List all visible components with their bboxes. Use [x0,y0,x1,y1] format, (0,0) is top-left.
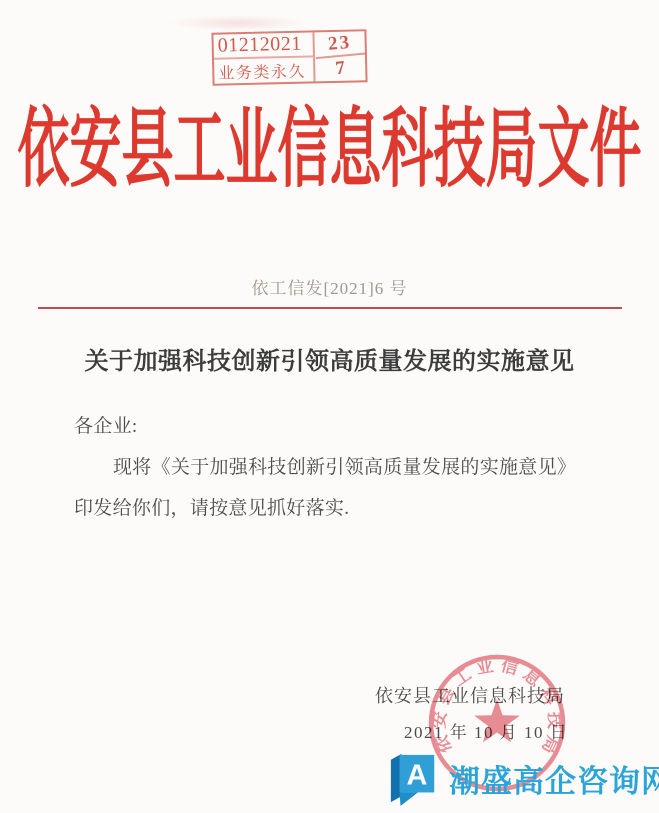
salutation: 各企业: [74,413,588,441]
body-paragraph-line-1: 现将《关于加强科技创新引领高质量发展的实施意见》 [74,454,588,482]
watermark-site-name: 潮盛高企咨询网 [449,756,659,801]
letterhead-title: 依安县工业信息科技局文件 [0,109,659,195]
stamp-category-label: 业务类永久 [214,57,316,83]
document-body: 各企业: 现将《关于加强科技创新引领高质量发展的实施意见》 印发给你们，请按意见… [74,413,588,523]
scanned-official-document: 01212021 23 业务类永久 7 依安县工业信息科技局文件 依工信发[20… [0,0,659,813]
seal-star-icon [474,699,520,742]
red-divider-line [38,307,622,309]
document-title: 关于加强科技创新引领高质量发展的实施意见 [0,341,659,376]
stamp-serial-number: 01212021 [213,32,315,59]
watermark-logo-icon: A [388,750,440,806]
body-paragraph-line-2: 印发给你们，请按意见抓好落实. [74,495,588,523]
watermark-logo-letter: A [406,760,427,792]
archive-registration-stamp: 01212021 23 业务类永久 7 [211,29,367,86]
stamp-handwritten-bottom: 7 [314,54,366,83]
site-watermark: A 潮盛高企咨询网 [388,750,659,806]
ink-smudge [168,15,308,31]
document-reference-number: 依工信发[2021]6 号 [0,274,659,299]
